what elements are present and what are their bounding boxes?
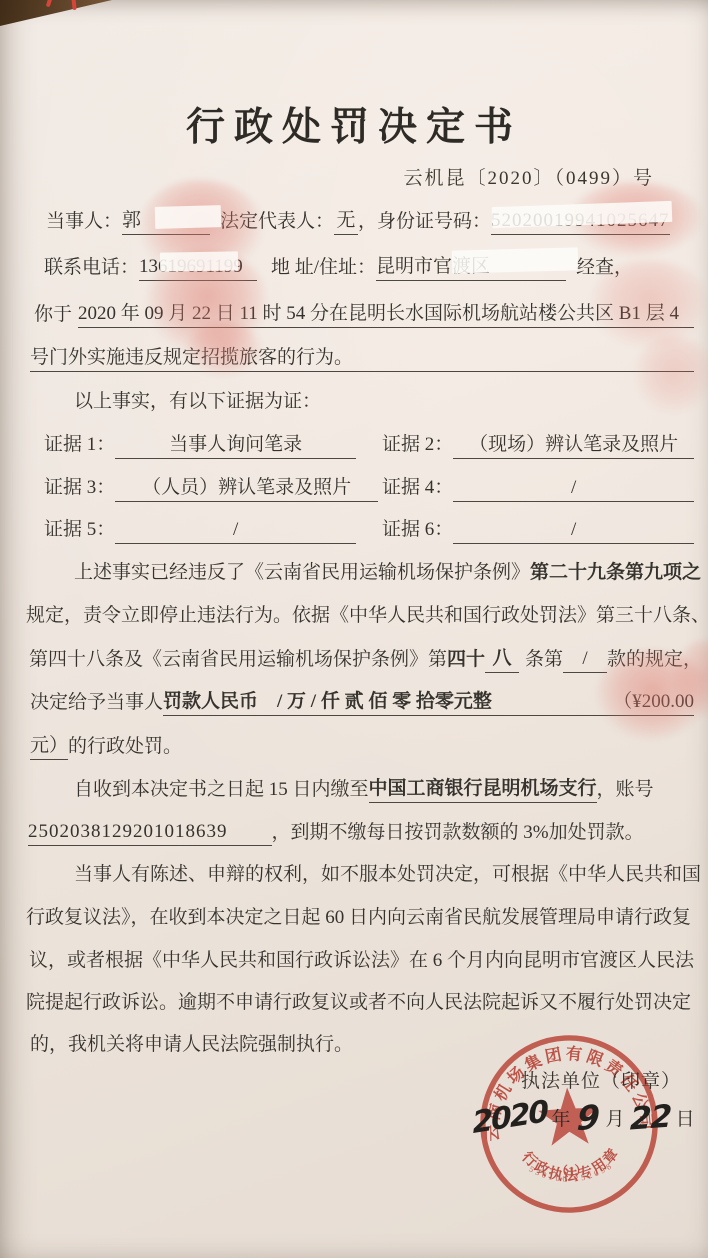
penalty-amount-chinese: 罚款人民币 / 万 / 仟 贰 佰 零 拾零元整: [163, 689, 492, 715]
phone-label: 联系电话：: [44, 255, 139, 281]
fact-text-1: 2020 年 09 月 22 日 11 时 54 分在昆明长水国际机场航站楼公共…: [78, 301, 694, 328]
ruling-article-bold: 第二十九条第九项之: [530, 560, 701, 586]
appeal-text-2: 行政复议法》，在收到本决定之日起 60 日内向云南省民航发展管理局申请行政复: [26, 905, 691, 931]
evidence-intro: 以上事实，有以下证据为证：: [74, 389, 321, 415]
ruling-text-1: 上述事实已经违反了《云南省民用运输机场保护条例》: [74, 560, 530, 586]
evidence-cell: 证据 6： /: [382, 517, 694, 544]
evidence-2-value: （现场）辨认笔录及照片: [453, 432, 694, 459]
evidence-4-value: /: [453, 475, 694, 502]
ruling-clause-filled: /: [563, 646, 607, 673]
payment-terms: ，到期不缴每日按罚款数额的 3%加处罚款。: [272, 820, 644, 846]
signature-date: 2020 年 9 月 22 日: [472, 1098, 699, 1137]
evidence-1-label: 证据 1：: [44, 432, 115, 459]
ruling-mid: 条第: [525, 647, 563, 673]
evidence-cell: 证据 5： /: [44, 517, 382, 544]
evidence-3-value: （人员）辨认笔录及照片: [115, 475, 378, 502]
payment-prefix: 自收到本决定书之日起 15 日内缴至: [74, 777, 369, 803]
legal-rep-label: 法定代表人：: [220, 209, 334, 235]
handwritten-day: 22: [629, 1098, 671, 1137]
penalty-prefix: 决定给予当事人: [30, 690, 163, 716]
redaction-box-phone: [160, 251, 238, 271]
fact-line-2: 号门外实施违反规定招揽旅客的行为。: [30, 345, 694, 372]
ruling-article-number: 四十: [447, 647, 485, 673]
ruling-line-1: 上述事实已经违反了《云南省民用运输机场保护条例》 第二十九条第九项之: [34, 560, 694, 586]
penalty-line: 决定给予当事人 罚款人民币 / 万 / 仟 贰 佰 零 拾零元整 （¥200.0…: [30, 689, 694, 716]
evidence-6-label: 证据 6：: [382, 517, 453, 544]
bank-name: 中国工商银行昆明机场支行: [369, 776, 597, 803]
appeal-text-4: 院提起行政诉讼。逾期不申请行政复议或者不向人民法院起诉又不履行处罚决定: [26, 990, 691, 1016]
evidence-4-label: 证据 4：: [382, 475, 453, 502]
appeal-line-1: 当事人有陈述、申辩的权利，如不服本处罚决定，可根据《中华人民共和国: [34, 862, 694, 888]
evidence-5-label: 证据 5：: [44, 517, 115, 544]
payment-suffix: ，账号: [597, 777, 654, 803]
year-char: 年: [552, 1104, 571, 1131]
handwritten-month: 9: [576, 1097, 601, 1138]
party-label: 当事人：: [46, 209, 122, 235]
redaction-box-address: [452, 247, 579, 273]
red-mark-top: [71, 0, 76, 10]
appeal-line-2: 行政复议法》，在收到本决定之日起 60 日内向云南省民航发展管理局申请行政复: [26, 905, 694, 931]
evidence-1-value: 当事人询问笔录: [115, 432, 356, 459]
ruling-line-3: 第四十八条及《云南省民用运输机场保护条例》第 四十 八 条第 / 款的规定，: [29, 646, 694, 673]
evidence-5-value: /: [115, 517, 356, 544]
page-title: 行政处罚决定书: [0, 96, 708, 152]
penalty-cont-rest: 的行政处罚。: [68, 734, 182, 760]
penalty-line-cont: 元） 的行政处罚。: [30, 733, 694, 760]
evidence-cell: 证据 4： /: [382, 475, 694, 502]
day-char: 日: [676, 1104, 695, 1131]
fact-text-2: 号门外实施违反规定招揽旅客的行为。: [30, 345, 694, 372]
evidence-row-2: 证据 3： （人员）辨认笔录及照片 证据 4： /: [44, 475, 694, 502]
ruling-text-3: 第四十八条及《云南省民用运输机场保护条例》第: [29, 647, 447, 673]
contact-line: 联系电话： 13619691199 地 址/住址： 昆明市官渡区 经查，: [44, 254, 694, 281]
evidence-2-label: 证据 2：: [382, 432, 453, 459]
evidence-cell: 证据 1： 当事人询问笔录: [44, 432, 382, 459]
document-number: 云机昆〔2020〕（0499）号: [403, 163, 654, 190]
ruling-text-2: 规定，责令立即停止违法行为。依据《中华人民共和国行政处罚法》第三十八条、: [26, 603, 708, 629]
evidence-cell: 证据 2： （现场）辨认笔录及照片: [382, 432, 694, 459]
appeal-text-1: 当事人有陈述、申辩的权利，如不服本处罚决定，可根据《中华人民共和国: [74, 862, 701, 888]
legal-rep-value: 无: [334, 208, 358, 235]
payment-line-1: 自收到本决定书之日起 15 日内缴至 中国工商银行昆明机场支行 ，账号: [34, 776, 694, 803]
handwritten-year: 2020: [472, 1094, 548, 1141]
month-char: 月: [605, 1104, 624, 1131]
payment-line-2: 2502038129201018639 ，到期不缴每日按罚款数额的 3%加处罚款…: [28, 819, 694, 846]
evidence-3-label: 证据 3：: [44, 475, 115, 502]
enforcement-unit-label: 执法单位（印章）: [521, 1066, 681, 1093]
evidence-row-1: 证据 1： 当事人询问笔录 证据 2： （现场）辨认笔录及照片: [44, 432, 694, 459]
fact-prefix: 你于: [34, 302, 72, 328]
account-number: 2502038129201018639: [28, 819, 272, 846]
id-label: ，身份证号码：: [358, 209, 491, 235]
redaction-box-name: [155, 205, 222, 229]
penalty-cont: 元）: [30, 733, 68, 760]
appeal-text-3: 议，或者根据《中华人民共和国行政诉讼法》在 6 个月内向昆明市官渡区人民法: [29, 948, 694, 974]
investigation-note: 经查，: [576, 255, 633, 281]
penalty-amount-numeric: （¥200.00: [613, 689, 694, 715]
appeal-line-4: 院提起行政诉讼。逾期不申请行政复议或者不向人民法院起诉又不履行处罚决定: [26, 990, 694, 1016]
ruling-suffix: 款的规定，: [607, 647, 702, 673]
ruling-article-filled: 八: [485, 646, 519, 673]
evidence-6-value: /: [453, 517, 694, 544]
fact-line-1: 你于 2020 年 09 月 22 日 11 时 54 分在昆明长水国际机场航站…: [34, 301, 694, 328]
table-edge-corner: [0, 0, 112, 26]
evidence-row-3: 证据 5： / 证据 6： /: [44, 517, 694, 544]
ruling-line-2: 规定，责令立即停止违法行为。依据《中华人民共和国行政处罚法》第三十八条、: [26, 603, 694, 629]
penalty-decision-document: 行政处罚决定书 云机昆〔2020〕（0499）号 当事人： 郭 法定代表人： 无…: [0, 0, 708, 1258]
evidence-intro-line: 以上事实，有以下证据为证：: [34, 389, 694, 415]
evidence-cell: 证据 3： （人员）辨认笔录及照片: [44, 475, 382, 502]
appeal-line-3: 议，或者根据《中华人民共和国行政诉讼法》在 6 个月内向昆明市官渡区人民法: [29, 948, 694, 974]
address-label: 地 址/住址：: [271, 255, 376, 281]
penalty-amount-underline: 罚款人民币 / 万 / 仟 贰 佰 零 拾零元整 （¥200.00: [163, 689, 694, 716]
appeal-text-5: 的，我机关将申请人民法院强制执行。: [30, 1032, 353, 1058]
